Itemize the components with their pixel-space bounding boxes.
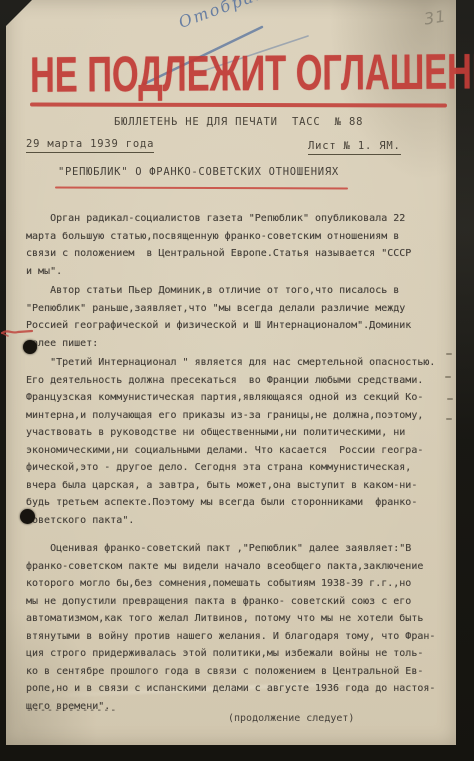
body-paragraph-3: "Третий Интернационал " является для нас…	[26, 354, 452, 529]
red-pencil-mark-icon	[0, 324, 36, 340]
edge-bleed-mark	[447, 398, 453, 400]
hole-punch-top	[23, 340, 37, 354]
footer-dashes: -------------	[26, 705, 117, 716]
scanned-document-page: Отобрать 31 НЕ ПОДЛЕЖИТ ОГЛАШЕНИЮ БЮЛЛЕТ…	[0, 0, 474, 761]
edge-bleed-mark	[446, 353, 452, 355]
continuation-note: (продолжение следует)	[228, 713, 354, 724]
body-paragraph-4: Оценивая франко-советский пакт ,"Репюбли…	[26, 540, 452, 715]
page-number: 31	[423, 6, 448, 28]
body-paragraph-1: Орган радикал-социалистов газета "Репюбл…	[26, 210, 452, 280]
body-paragraph-2: Автор статьи Пьер Доминик,в отличие от т…	[26, 282, 452, 352]
bulletin-header-line: БЮЛЛЕТЕНЬ НЕ ДЛЯ ПЕЧАТИ ТАСС № 88	[114, 116, 363, 128]
sheet-number: Лист № 1. ЯМ.	[308, 140, 401, 155]
edge-bleed-mark	[445, 376, 451, 378]
document-date: 29 марта 1939 года	[26, 138, 154, 153]
secrecy-stamp: НЕ ПОДЛЕЖИТ ОГЛАШЕНИЮ	[30, 46, 474, 101]
article-title: "РЕПЮБЛИК" О ФРАНКО-СОВЕТСКИХ ОТНОШЕНИЯХ	[58, 166, 339, 178]
hole-punch-bottom	[20, 509, 35, 524]
edge-bleed-mark	[446, 418, 452, 420]
